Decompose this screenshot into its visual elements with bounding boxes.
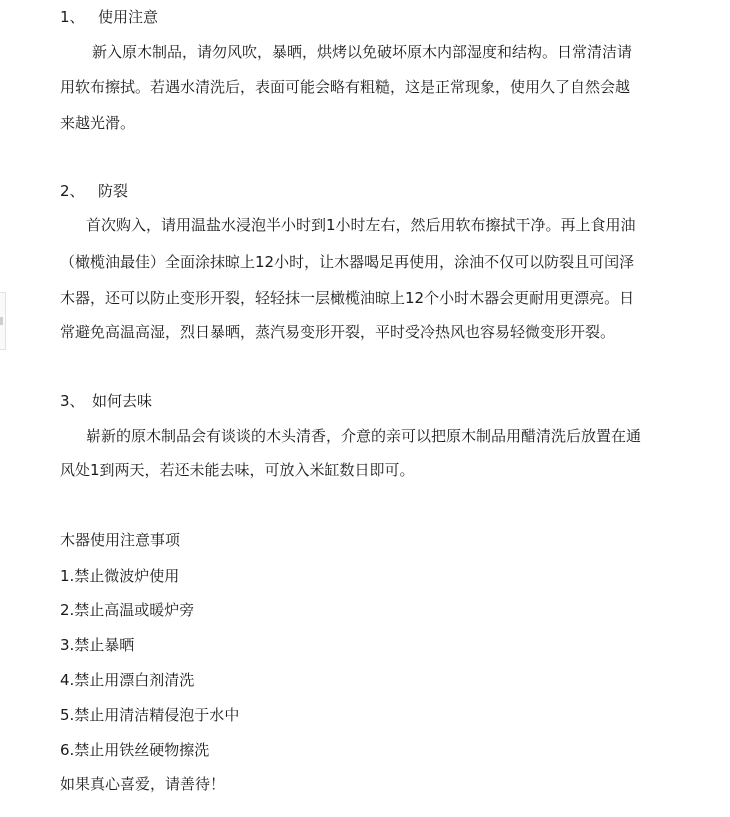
notice-item-6: 6.禁止用铁丝硬物擦洗 <box>60 740 209 760</box>
section-title: 使用注意 <box>98 8 158 26</box>
notice-item-1: 1.禁止微波炉使用 <box>60 566 179 586</box>
section-3-line-2: 风处1到两天，若还未能去味，可放入米缸数日即可。 <box>60 460 415 480</box>
section-2-line-1: 首次购入，请用温盐水浸泡半小时到1小时左右，然后用软布擦拭干净。再上食用油 <box>86 215 636 235</box>
section-2-heading: 2、防裂 <box>60 181 128 201</box>
notice-title: 木器使用注意事项 <box>60 530 180 550</box>
notice-item-5: 5.禁止用清洁精侵泡于水中 <box>60 705 239 725</box>
section-1-line-1: 新入原木制品，请勿风吹，暴晒，烘烤以免破坏原木内部湿度和结构。日常清洁请 <box>92 42 632 62</box>
section-2-line-2: （橄榄油最佳）全面涂抹晾上12小时，让木器喝足再使用，涂油不仅可以防裂且可闰泽 <box>60 252 634 272</box>
section-1-line-2: 用软布擦拭。若遇水清洗后，表面可能会略有粗糙，这是正常现象，使用久了自然会越 <box>60 77 630 97</box>
section-number: 3、 <box>60 391 92 411</box>
section-2-line-4: 常避免高温高湿，烈日暴晒，蒸汽易变形开裂，平时受冷热风也容易轻微变形开裂。 <box>60 322 615 342</box>
section-number: 2、 <box>60 181 98 201</box>
section-3-line-1: 崭新的原木制品会有谈谈的木头清香，介意的亲可以把原木制品用醋清洗后放置在通 <box>86 426 641 446</box>
notice-item-3: 3.禁止暴晒 <box>60 635 134 655</box>
section-title: 如何去味 <box>92 392 152 410</box>
section-2-line-3: 木器，还可以防止变形开裂，轻轻抹一层橄榄油晾上12个小时木器会更耐用更漂亮。日 <box>60 288 634 308</box>
section-number: 1、 <box>60 7 98 27</box>
section-3-heading: 3、如何去味 <box>60 391 152 411</box>
section-1-line-3: 来越光滑。 <box>60 113 135 133</box>
section-1-heading: 1、使用注意 <box>60 7 158 27</box>
closing-text: 如果真心喜爱，请善待！ <box>60 774 225 794</box>
edge-notch <box>0 317 3 325</box>
section-title: 防裂 <box>98 182 128 200</box>
notice-item-2: 2.禁止高温或暖炉旁 <box>60 600 194 620</box>
side-edge-tab <box>0 292 6 350</box>
notice-item-4: 4.禁止用漂白剂清洗 <box>60 670 194 690</box>
